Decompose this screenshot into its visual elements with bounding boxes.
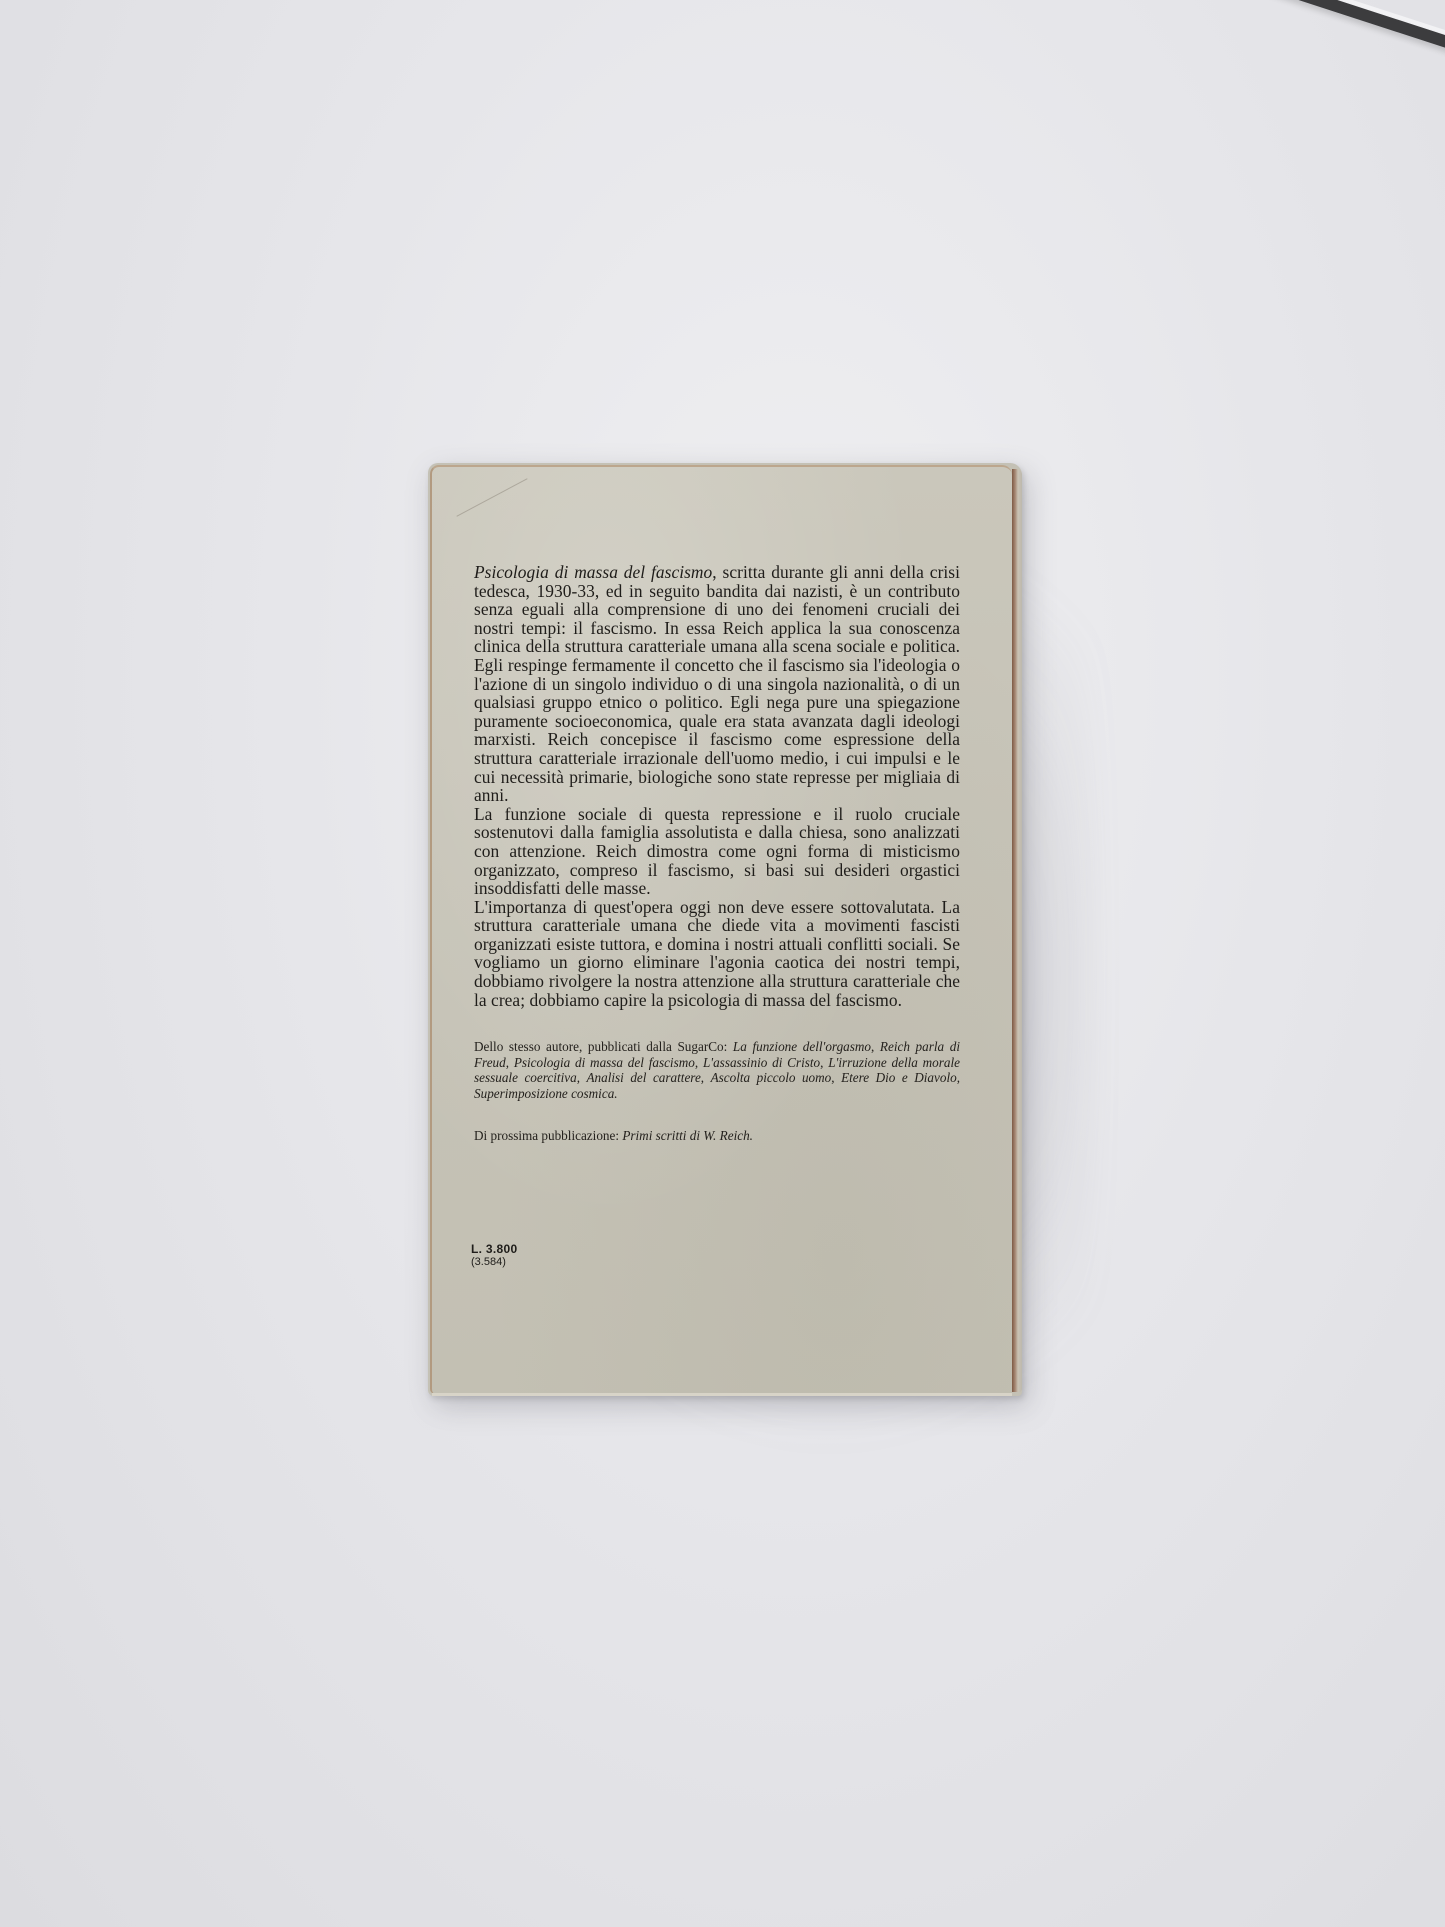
other-work-title: Analisi del carattere — [586, 1070, 700, 1085]
period: . — [614, 1086, 617, 1101]
book-title: Psicologia di massa del fascismo — [474, 562, 712, 582]
page-edge — [432, 1393, 1012, 1396]
blurb-paragraph-3: L'importanza di quest'opera oggi non dev… — [474, 898, 960, 1010]
spine-edge — [1012, 469, 1022, 1392]
separator: , — [701, 1070, 711, 1085]
forthcoming-title: Primi scritti di W. Reich. — [622, 1128, 753, 1143]
forthcoming-label: Di prossima pubblicazione: — [474, 1128, 622, 1143]
separator: , — [831, 1070, 841, 1085]
other-works: Dello stesso autore, pubblicati dalla Su… — [474, 1039, 960, 1101]
blurb-paragraph-1-text: , scritta durante gli anni della crisi t… — [474, 562, 960, 805]
separator: , — [577, 1070, 587, 1085]
price-code: (3.584) — [471, 1256, 517, 1269]
separator: , — [695, 1055, 703, 1070]
blurb-paragraph-2: La funzione sociale di questa repression… — [474, 805, 960, 898]
background-object-edge — [1241, 0, 1445, 62]
price: L. 3.800 — [471, 1243, 517, 1256]
other-works-intro: Dello stesso autore, pubblicati dalla Su… — [474, 1039, 733, 1054]
other-work-title: Psicologia di massa del fascismo — [514, 1055, 695, 1070]
other-work-title: La funzione dell'orgasmo — [733, 1039, 871, 1054]
separator: , — [820, 1055, 828, 1070]
other-work-title: Ascolta piccolo uomo — [711, 1070, 832, 1085]
separator: , — [957, 1070, 960, 1085]
blurb-paragraph-1: Psicologia di massa del fascismo, scritt… — [474, 563, 960, 805]
forthcoming: Di prossima pubblicazione: Primi scritti… — [474, 1128, 960, 1144]
separator: , — [871, 1039, 880, 1054]
other-work-title: Etere Dio e Diavolo — [841, 1070, 957, 1085]
other-work-title: Superimposizione cosmica — [474, 1086, 614, 1101]
other-work-title: L'assassinio di Cristo — [703, 1055, 820, 1070]
price-block: L. 3.800 (3.584) — [471, 1243, 517, 1269]
cover-crease — [456, 478, 527, 516]
blurb: Psicologia di massa del fascismo, scritt… — [474, 563, 960, 1009]
separator: , — [506, 1055, 514, 1070]
